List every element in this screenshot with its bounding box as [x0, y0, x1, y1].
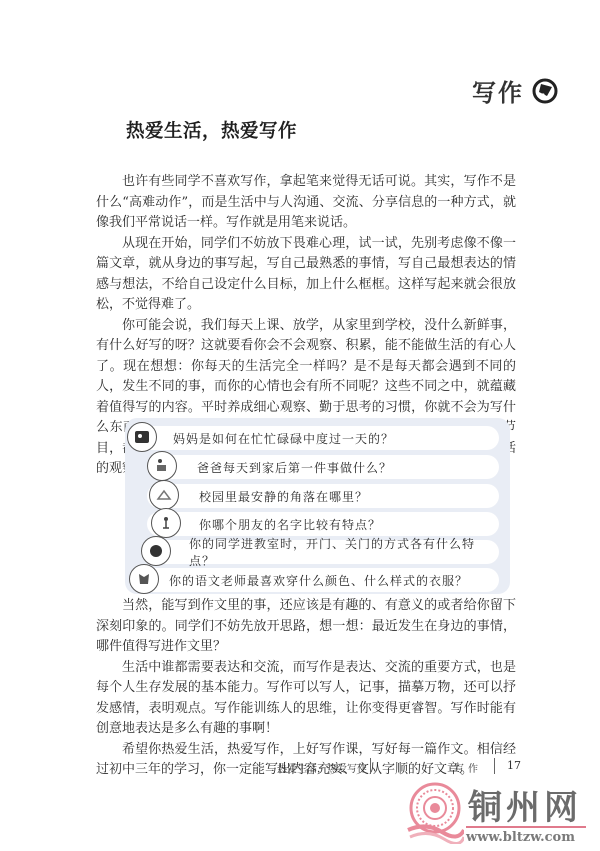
section-title: 写作 — [472, 73, 524, 108]
question-text: 你哪个朋友的名字比较有特点？ — [199, 516, 381, 533]
question-text: 你的同学进教室时，开门、关门的方式各有什么特点？ — [189, 535, 499, 569]
question-text: 校园里最安静的角落在哪里？ — [199, 488, 368, 505]
question-row: 你哪个朋友的名字比较有特点？ — [147, 512, 499, 536]
question-row: 你的语文老师最喜欢穿什么颜色、什么样式的衣服？ — [131, 568, 499, 592]
closing-paragraphs: 当然，能写到作文里的事，还应该是有趣的、有意义的或者给你留下深刻印象的。同学们不… — [96, 596, 516, 781]
father-home-icon — [147, 451, 177, 481]
question-row: 爸爸每天到家后第一件事做什么？ — [147, 455, 499, 479]
question-row: 妈妈是如何在忙忙碌碌中度过一天的？ — [139, 426, 499, 450]
question-row: 校园里最安静的角落在哪里？ — [147, 484, 499, 508]
watermark-underline — [466, 826, 586, 828]
paragraph: 生活中谁都需要表达和交流，而写作是表达、交流的重要方式，也是每个人生存发展的基本… — [96, 658, 516, 740]
friend-name-icon — [151, 508, 181, 538]
footer-divider — [494, 758, 495, 774]
watermark-url: www.bltzw.com — [466, 830, 575, 845]
campus-corner-icon — [149, 480, 179, 510]
section-header: 写作 — [472, 73, 558, 108]
question-text: 爸爸每天到家后第一件事做什么？ — [197, 459, 392, 476]
paragraph: 也许有些同学不喜欢写作，拿起笔来觉得无话可说。其实，写作不是什么“高难动作”，而… — [96, 172, 516, 234]
footer-divider — [370, 758, 371, 774]
paragraph: 从现在开始，同学们不妨放下畏难心理，试一试，先别考虑像不像一篇文章，就从身边的事… — [96, 234, 516, 316]
mother-working-icon — [127, 422, 157, 452]
page-number: 17 — [507, 759, 521, 772]
watermark: 铜州网 www.bltzw.com — [400, 778, 600, 851]
page-title: 热爱生活，热爱写作 — [126, 117, 297, 143]
pen-nib-icon — [532, 78, 558, 104]
paragraph: 当然，能写到作文里的事，还应该是有趣的、有意义的或者给你留下深刻印象的。同学们不… — [96, 596, 516, 658]
footer-section-name: 写作 — [454, 760, 482, 775]
question-text: 妈妈是如何在忙忙碌碌中度过一天的？ — [173, 430, 394, 447]
watermark-site-name: 铜州网 — [468, 780, 582, 829]
question-row: 你的同学进教室时，开门、关门的方式各有什么特点？ — [141, 540, 499, 564]
question-text: 你的语文老师最喜欢穿什么颜色、什么样式的衣服？ — [169, 572, 468, 589]
watermark-logo-icon — [406, 782, 464, 844]
footer-chapter-title: 热爱生活，热爱写作 — [277, 760, 367, 775]
observation-questions-box: 妈妈是如何在忙忙碌碌中度过一天的？ 爸爸每天到家后第一件事做什么？ 校园里最安静… — [125, 418, 510, 594]
teacher-clothes-icon — [129, 564, 159, 594]
classroom-door-icon — [141, 536, 171, 566]
